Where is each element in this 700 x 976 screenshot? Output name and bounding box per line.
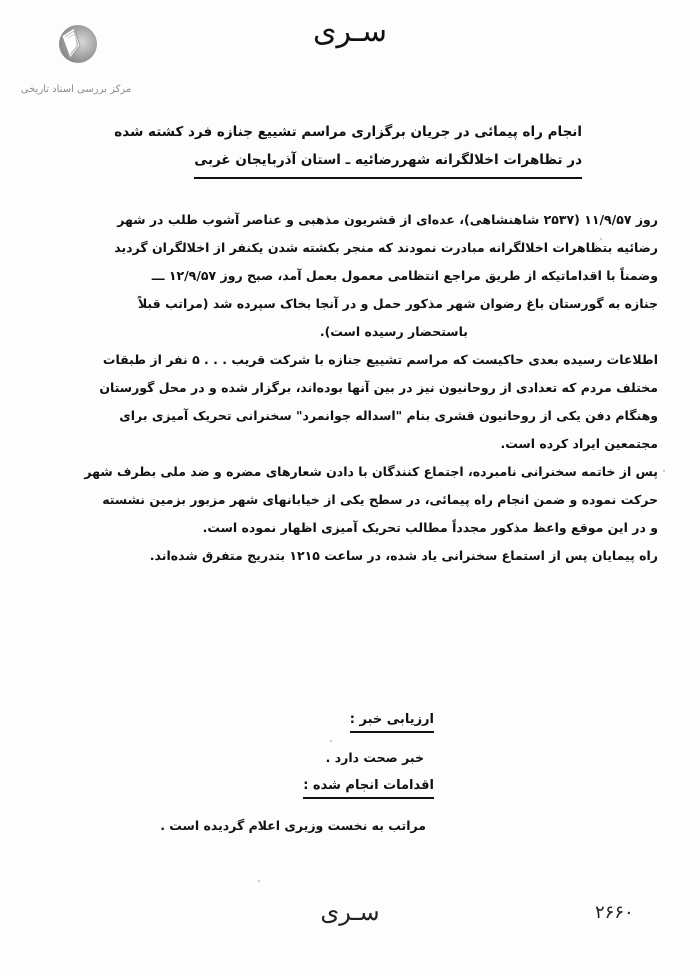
body-line: وضمناً با اقداماتیکه از طریق مراجع انتظا… <box>40 262 658 290</box>
paragraph-1: روز ۱۱/۹/۵۷ (۲۵۳۷ شاهنشاهی)، عده‌ای از ق… <box>40 206 658 346</box>
heading-line-1: انجام راه پیمائی در جریان برگزاری مراسم … <box>112 118 582 146</box>
actions-value: مراتب به نخست وزیری اعلام گردیده است . <box>160 818 426 833</box>
body-line: حرکت نموده و ضمن انجام راه پیمائی، در سط… <box>40 486 658 514</box>
paragraph-3: پس از خاتمه سخنرانی نامبرده، اجتماع کنند… <box>40 458 658 542</box>
paragraph-2: اطلاعات رسیده بعدی حاکیست که مراسم تشییع… <box>40 346 658 458</box>
body-line: باستحضار رسیده است). <box>40 318 658 346</box>
evaluation-label: ارزیابی خبر : <box>350 712 434 733</box>
actions-label: اقدامات انجام شده : <box>303 778 434 799</box>
document-page: مرکز بررسی اسناد تاریخی سـری انجام راه پ… <box>0 0 700 976</box>
body-line: پس از خاتمه سخنرانی نامبرده، اجتماع کنند… <box>40 458 658 486</box>
body-line: وهنگام دفن یکی از روحانیون قشری بنام "اس… <box>40 402 658 430</box>
actions-section: اقدامات انجام شده : <box>303 778 434 799</box>
archive-logo-text: مرکز بررسی اسناد تاریخی <box>14 84 138 95</box>
document-body: روز ۱۱/۹/۵۷ (۲۵۳۷ شاهنشاهی)، عده‌ای از ق… <box>40 206 658 570</box>
heading-line-2: در تظاهرات اخلالگرانه شهررضائیه ـ استان … <box>194 146 582 179</box>
body-line: اطلاعات رسیده بعدی حاکیست که مراسم تشییع… <box>40 346 658 374</box>
body-line: مجتمعین ایراد کرده است. <box>40 430 658 458</box>
body-line: روز ۱۱/۹/۵۷ (۲۵۳۷ شاهنشاهی)، عده‌ای از ق… <box>40 206 658 234</box>
page-number: ۲۶۶۰ <box>595 902 634 923</box>
scan-speck <box>663 470 665 472</box>
document-heading: انجام راه پیمائی در جریان برگزاری مراسم … <box>112 118 582 179</box>
body-line: راه پیمایان پس از استماع سخنرانی یاد شده… <box>40 542 658 570</box>
body-line: رضائیه بتظاهرات اخلالگرانه مبادرت نمودند… <box>40 234 658 262</box>
body-line: و در این موقع واعظ مذکور مجدداً مطالب تح… <box>40 514 658 542</box>
paragraph-4: راه پیمایان پس از استماع سخنرانی یاد شده… <box>40 542 658 570</box>
body-line: جنازه به گورستان باغ رضوان شهر مذکور حمل… <box>40 290 658 318</box>
scan-speck <box>330 740 332 742</box>
evaluation-value: خبر صحت دارد . <box>326 750 424 765</box>
evaluation-section: ارزیابی خبر : <box>350 712 434 733</box>
scan-speck <box>258 880 260 882</box>
body-line: مختلف مردم که تعدادی از روحانیون نیز در … <box>40 374 658 402</box>
classification-mark-bottom: سـری <box>250 898 450 926</box>
classification-mark-top: سـری <box>0 14 700 49</box>
